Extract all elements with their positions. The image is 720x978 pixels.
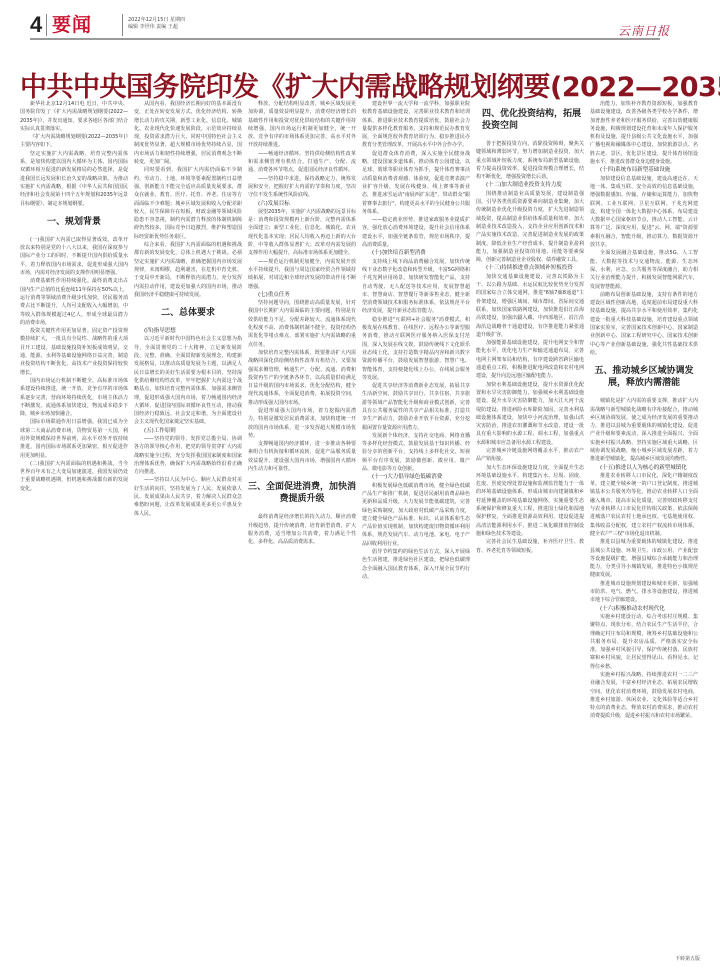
paragraph: 加大生态环保设施建设力度，全面提升生态环境基础设施水平，构建集污水、垃圾、固废、… [476,464,584,539]
paragraph: 展望2035年，实施扩大内需战略的远景目标是：消费和投资规模再上新台阶，完整内需… [248,208,356,258]
paragraph: (二)我国扩大内需面临的机遇和挑战。当今世界百年未有之大变局加速演进，我国发展仍… [20,460,128,493]
section-heading: 三、全面促进消费，加快消费提质升级 [248,481,356,505]
divider [122,14,123,36]
subsection-heading: (十二)加大制造业投资支持力度 [476,181,584,189]
paragraph: 支持线上线下商品消费融合发展，加快传统线下业态数字化改造和转型升级，丰富5G网络… [362,258,470,316]
divider [46,14,47,36]
masthead: 4 要闻 2022年12月15日 星期四 编辑 李世伟 责编 王超 云南日报 [30,10,670,38]
paragraph: 围绕推动制造业高质量发展，建设制造强国，引导各类优质资源要素向制造业集聚，加大传… [476,190,584,265]
subsection-heading: (十一)大力倡导绿色低碳消费 [362,473,470,481]
paragraph: 稳步推进"互联网+社会服务"消费模式，积极发展在线教育、在线医疗、远程办公等新型… [362,316,470,382]
paragraph: 实施乡村振兴战略，持续推进农村一二三产业融合发展，丰富乡村经济业态，拓展农民增收… [590,671,698,721]
column-3: 释放，分配结构明显改善，城乡区域发展更加协调，质量效益明显提升，消费对经济增长的… [248,100,356,968]
paragraph: 促进共享经济等消费新业态发展，拓展共享生活新空间，鼓励共享出行、共享住宿、共享旅… [362,382,470,432]
section-heading: 五、推动城乡区域协调发展，释放内需潜能 [590,365,698,389]
paragraph: 从国内看，我国经济长期向好的基本面没有变，正处在转变发展方式、优化经济结构、转换… [134,100,242,166]
paragraph: 释放，分配结构明显改善，城乡区域发展更加协调，质量效益明显提升，消费对经济增长的… [248,100,356,150]
subsection-heading: (四)指导思想 [134,327,242,335]
paragraph: 发展新个体经济，支持社交电商、网络直播等多样化经营模式，鼓励发展基于知识传播、经… [362,432,470,473]
newspaper-logo: 云南日报 [618,22,670,39]
paragraph: ——规范运行机制更加健全，内需发展开放水平持续提升，我国与周边国家经贸合作领域持… [248,258,356,291]
paragraph: 加快水利基础设施建设，提升水资源优化配置和水旱灾害防御能力，加强城乡水利基础设施… [476,381,584,447]
paragraph: ——稳定就业形势，推进家政服务业提质扩容，强化放心消费环境建设，提升社会信用体系… [362,216,470,249]
section-name: 要闻 [52,14,92,36]
paragraph: 积极发展绿色低碳消费市场，健全绿色低碳产品生产和推广机制，促进居民耐用消费品绿色… [362,482,470,548]
paragraph: 倡导节约集约的绿色生活方式，深入开展绿色生活创建，推进绿色社区建设，把绿色低碳理… [362,548,470,581]
paragraph: 支撑畅通国内经济循环，进一步推动各种要素组合有机衔接和循环流转，促进产品服务质量… [248,440,356,473]
paragraph: 投资关键性作用更加显著。固定资产投资规模持续扩大，一批具有全局性、战略性的重大项… [20,327,128,377]
page-number: 4 [30,14,42,36]
column-1: 新华社北京12月14日电 近日，中共中央、国务院印发了《扩大内需战略规划纲要(2… [20,100,128,968]
paragraph: 推进以县城为重要载体的城镇化建设，推进县城公共设施、环境卫生、市政公用、产业配套… [590,538,698,579]
paragraph: 以习近平新时代中国特色社会主义思想为指导，全面贯彻党的二十大精神，立足新发展阶段… [134,335,242,426]
paragraph: 加强能源基础设施建设，提升电网安全和智能化水平，优化电力生产和输送通道布局，完善… [476,339,584,380]
paragraph: 国际市场联通作用日益增强。我国已成为全球第二大商品消费市场，货物贸易第一大国，利… [20,418,128,459]
column-6: 治能力，加快补齐教育资源短板，加强教育基础设施建设，改善各级各类学校办学条件，增… [590,100,698,968]
paragraph: 建设世界一流大学和一流学科，加强职业院校教育基础设施建设，完善职业技术教育和培训… [362,100,470,150]
paragraph: ——坚持稳中求进。保持战略定力，统筹发展和安全，把握好扩大内需的节奏和力度，坚决… [248,175,356,200]
editor-credits: 编辑 李世伟 责编 王超 [128,24,185,31]
subsection-heading: (十五)推进以人为核心的新型城镇化 [590,464,698,472]
subsection-heading: (十四)系统布局新型基础设施 [590,166,698,174]
paragraph: 完善社会民生基础设施，补齐医疗卫生、教育、养老托育等领域短板。 [476,538,584,555]
continue-note: 下转第五版 [675,955,700,962]
paragraph: 国内市场运行机制不断健全。高标准市场体系建设持续推进，统一开放、竞争有序的市场体… [20,377,128,418]
paragraph: 促进群众体育消费，深入实施全民健身战略，建设国家步道体系，推动体育公园建设，以足… [362,150,470,216]
paragraph: 新华社北京12月14日电 近日，中共中央、国务院印发了《扩大内需战略规划纲要(2… [20,100,128,133]
column-2: 从国内看，我国经济长期向好的基本面没有变，正处在转变发展方式、优化经济结构、转换… [134,100,242,968]
paragraph: 善于把握投资方向，消除投资障碍，聚焦关键领域和薄弱环节，努力增加制造业投资，加大… [476,140,584,181]
paragraph: 推进农业转移人口市民化，深化户籍制度改革，建立健全城乡统一的户口登记制度，推进城… [590,472,698,538]
paragraph: 综合来看，我国扩大内需面临的机遇和挑战都有新的发展变化，总体上机遇大于挑战。必须… [134,241,242,299]
paragraph: 实施乡村建设行动，综合考虑村庄规模、集聚特点、现状分布，结合农民生产生活半径，合… [590,613,698,671]
subsection-heading: (十三)持续推进重点领域补短板投资 [476,264,584,272]
paragraph: 加快培育完整内需体系，既要推动扩大内需战略同深化供给侧结构性改革有机结合，又要加… [248,349,356,407]
paragraph: 全面发展融合基础设施，推动5G、人工智能、大数据等技术与交通物流、能源、生态环保… [590,249,698,290]
subsection-heading: (五)工作原则 [134,427,242,435]
paragraph: 城镇化是扩大内需的重要支撑，推动扩大内需战略与新型城镇化战略有序衔接配合，推动城… [590,397,698,463]
subsection-heading: (十六)积极推动农村现代化 [590,605,698,613]
paragraph: ——畅通经济循环。坚持供给侧结构性改革和需求侧管理有机结合，打通生产、分配、流通… [248,150,356,175]
paragraph: 完善城乡冷链设施网络覆盖水平，推动农产品产销衔接。 [476,447,584,464]
column-5: 四、优化投资结构，拓展投资空间善于把握投资方向，消除投资障碍，聚焦关键领域和薄弱… [476,100,584,968]
column-4: 建设世界一流大学和一流学科，加强职业院校教育基础设施建设，完善职业技术教育和培训… [362,100,470,968]
paragraph: 治能力，加快补齐教育资源短板，加强教育基础设施建设，改善各级各类学校办学条件，增… [590,100,698,166]
paragraph: 坚定实施扩大内需战略、培育完整内需体系，是加快构建以国内大循环为主体、国内国际双… [20,150,128,208]
paragraph: ——坚持党的领导。发挥党总揽全局、协调各方的领导核心作用，把党的领导贯穿扩大内需… [134,435,242,476]
subsection-heading: (六)发展目标 [248,200,356,208]
paragraph: (一)我国扩大内需已取得显著成效。改革开放以来特别是党的十八大以来，我国在深度参… [20,236,128,277]
paragraph: 前瞻布局创新基础设施，支持有条件的地方建设区域性创新高地，适度超前布局建设重大科… [590,291,698,357]
section-heading: 一、规划背景 [20,216,128,228]
paragraph: 加快交通基础设施建设，完善以铁路为主干、以公路为基础、水运民航比较优势充分发挥的… [476,273,584,339]
section-heading: 四、优化投资结构，拓展投资空间 [476,108,584,132]
subsection-heading: (十)加快培育新型消费 [362,249,470,257]
subsection-heading: (七)重点任务 [248,291,356,299]
paragraph: 促进形成强大国内市场，着力挖掘内需潜力，特别是激发居民消费需求，加快构建统一开放… [248,407,356,440]
issue-date: 2022年12月15日 星期四 [128,17,185,24]
section-heading: 二、总体要求 [134,307,242,319]
paragraph: 推进城市设施规划建设和城市更新，加强城市防洪、电气、燃气、排水等设施建设，推进城… [590,580,698,605]
issue-meta: 2022年12月15日 星期四 编辑 李世伟 责编 王超 [128,17,185,31]
paragraph: 最终消费是经济增长的持久动力。顺应消费升级趋势，提升传统消费，培育新型消费，扩大… [248,513,356,546]
paragraph: 坚持问题导向，围绕推动高质量发展，针对我国中长期扩大内需面临的主要问题，特别是有… [248,299,356,349]
paragraph: 《扩大内需战略规划纲要(2022—2035年)》主要内容如下。 [20,133,128,150]
paragraph: 消费基础性作用持续强化。最终消费支出占国内生产总值的比重连续11年保持在50%以… [20,277,128,327]
article-body: 新华社北京12月14日电 近日，中共中央、国务院印发了《扩大内需战略规划纲要(2… [20,100,700,970]
paragraph: ——坚持以人民为中心。顺应人民群众对美好生活的向往，坚持发展为了人民、发展依靠人… [134,476,242,517]
paragraph: 同时要看到，我国扩大内需仍面临不少制约，劳动力、土地、环境等要素配置制约日益增强… [134,166,242,241]
paragraph: 加快建设信息基础设施，建设高速泛在、天地一体、集成互联、安全高效的信息基础设施，… [590,175,698,250]
header-rule [30,38,660,40]
